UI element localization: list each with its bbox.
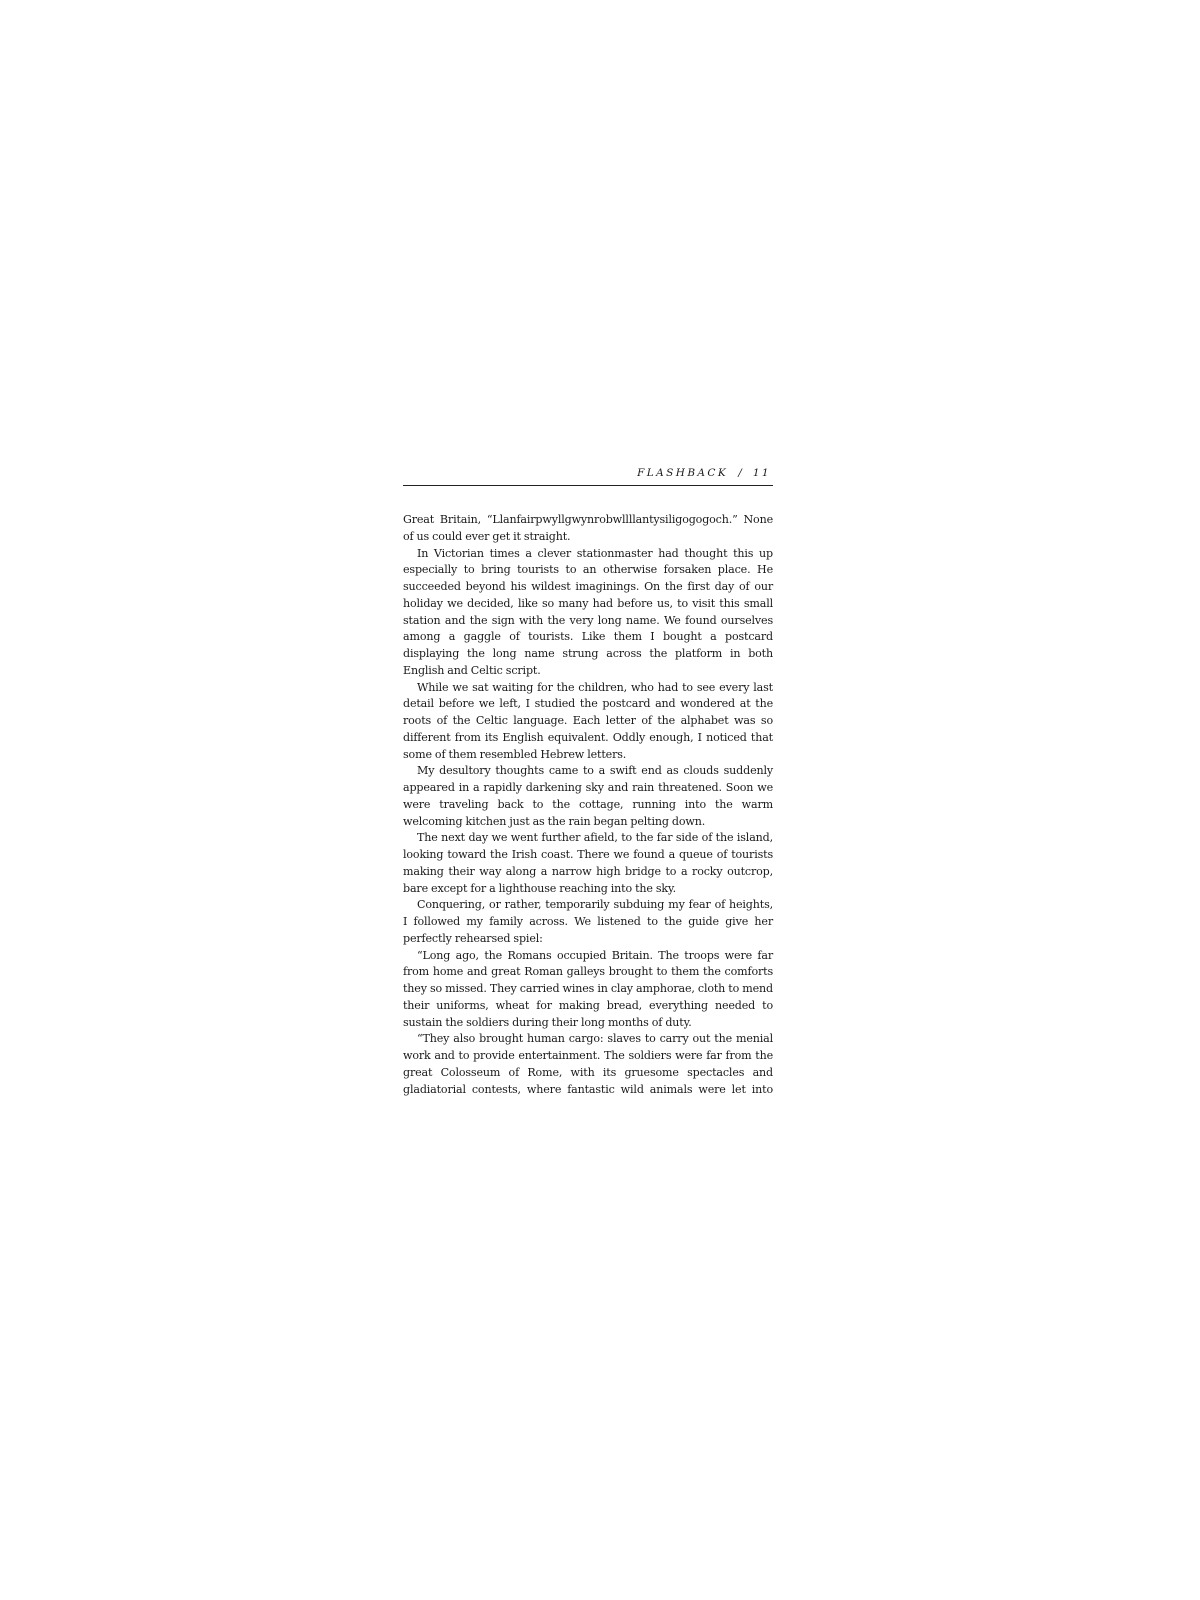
paragraph: In Victorian times a clever stationmaste… bbox=[403, 546, 773, 680]
paragraph: Conquering, or rather, temporarily subdu… bbox=[403, 897, 773, 947]
page-number: 11 bbox=[753, 467, 771, 479]
book-page: FLASHBACK / 11 Great Britain, “Llanfairp… bbox=[403, 464, 773, 1098]
paragraph-quote: “They also brought human cargo: slaves t… bbox=[403, 1031, 773, 1098]
running-head: FLASHBACK / 11 bbox=[403, 464, 773, 482]
chapter-title: FLASHBACK bbox=[637, 467, 728, 479]
running-head-separator: / bbox=[734, 467, 747, 479]
paragraph: The next day we went further afield, to … bbox=[403, 830, 773, 897]
header-rule bbox=[403, 485, 773, 486]
paragraph: While we sat waiting for the children, w… bbox=[403, 680, 773, 764]
paragraph-continued: Great Britain, “Llanfairpwyllgwynrobwlll… bbox=[403, 512, 773, 546]
body-text: Great Britain, “Llanfairpwyllgwynrobwlll… bbox=[403, 512, 773, 1098]
paragraph-quote: “Long ago, the Romans occupied Britain. … bbox=[403, 948, 773, 1032]
paragraph: My desultory thoughts came to a swift en… bbox=[403, 763, 773, 830]
